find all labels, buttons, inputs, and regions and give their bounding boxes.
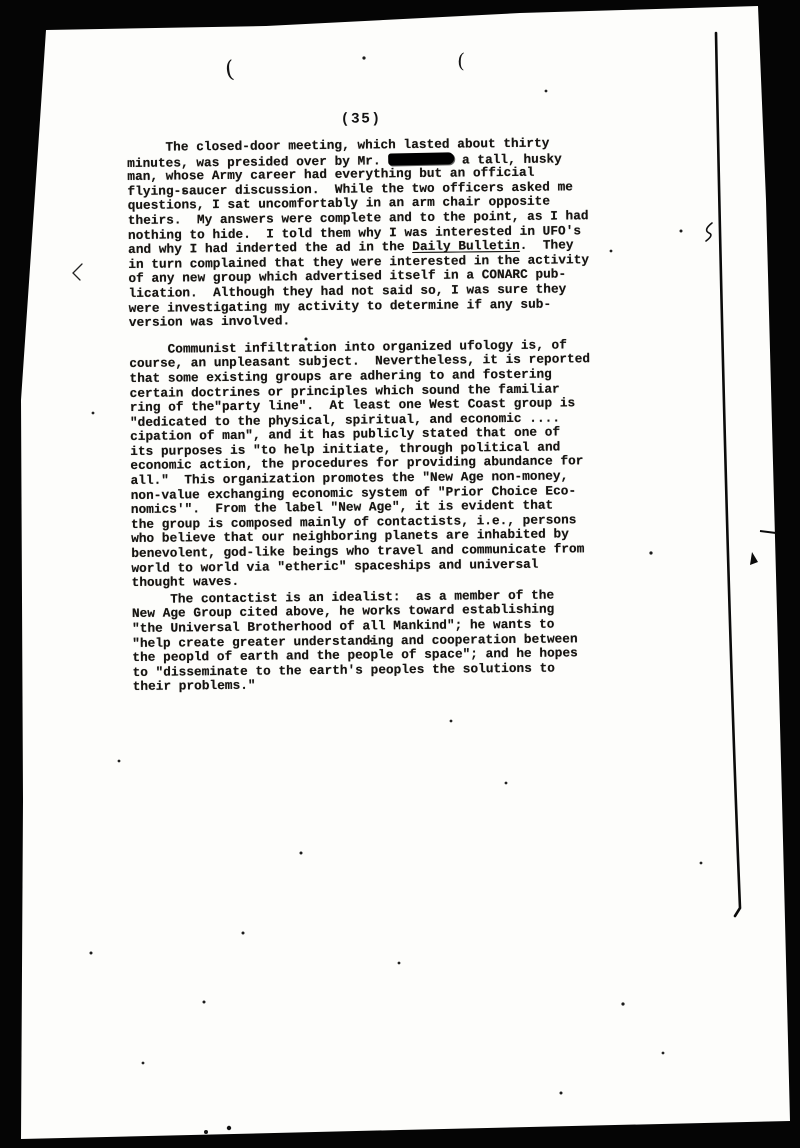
text-segment: . They	[520, 237, 574, 253]
document-text-layer: ( ( (35) The closed-door meeting, which …	[0, 0, 800, 1148]
paragraph-2: Communist infiltration into organized uf…	[129, 338, 592, 591]
typewritten-line: their problems."	[133, 676, 594, 695]
text-segment: version was involved.	[129, 313, 290, 330]
text-segment: their problems."	[133, 678, 256, 694]
scanned-page: ( ( (35) The closed-door meeting, which …	[0, 0, 800, 1148]
paragraph-3: The contactist is an idealist: as a memb…	[132, 588, 594, 695]
typewritten-line: version was involved.	[129, 311, 590, 330]
page-number: (35)	[341, 111, 382, 127]
handwritten-paren-mark-right: (	[457, 50, 465, 70]
redaction-bar	[388, 152, 454, 165]
handwritten-paren-mark-left: (	[224, 58, 236, 82]
text-segment: thought waves.	[132, 574, 240, 590]
scan-noise-specks	[0, 0, 2, 2]
underlined-publication-name: Daily Bulletin	[412, 238, 520, 254]
typewritten-text: The closed-door meeting, which lasted ab…	[127, 136, 594, 695]
paragraph-1: The closed-door meeting, which lasted ab…	[127, 136, 590, 331]
